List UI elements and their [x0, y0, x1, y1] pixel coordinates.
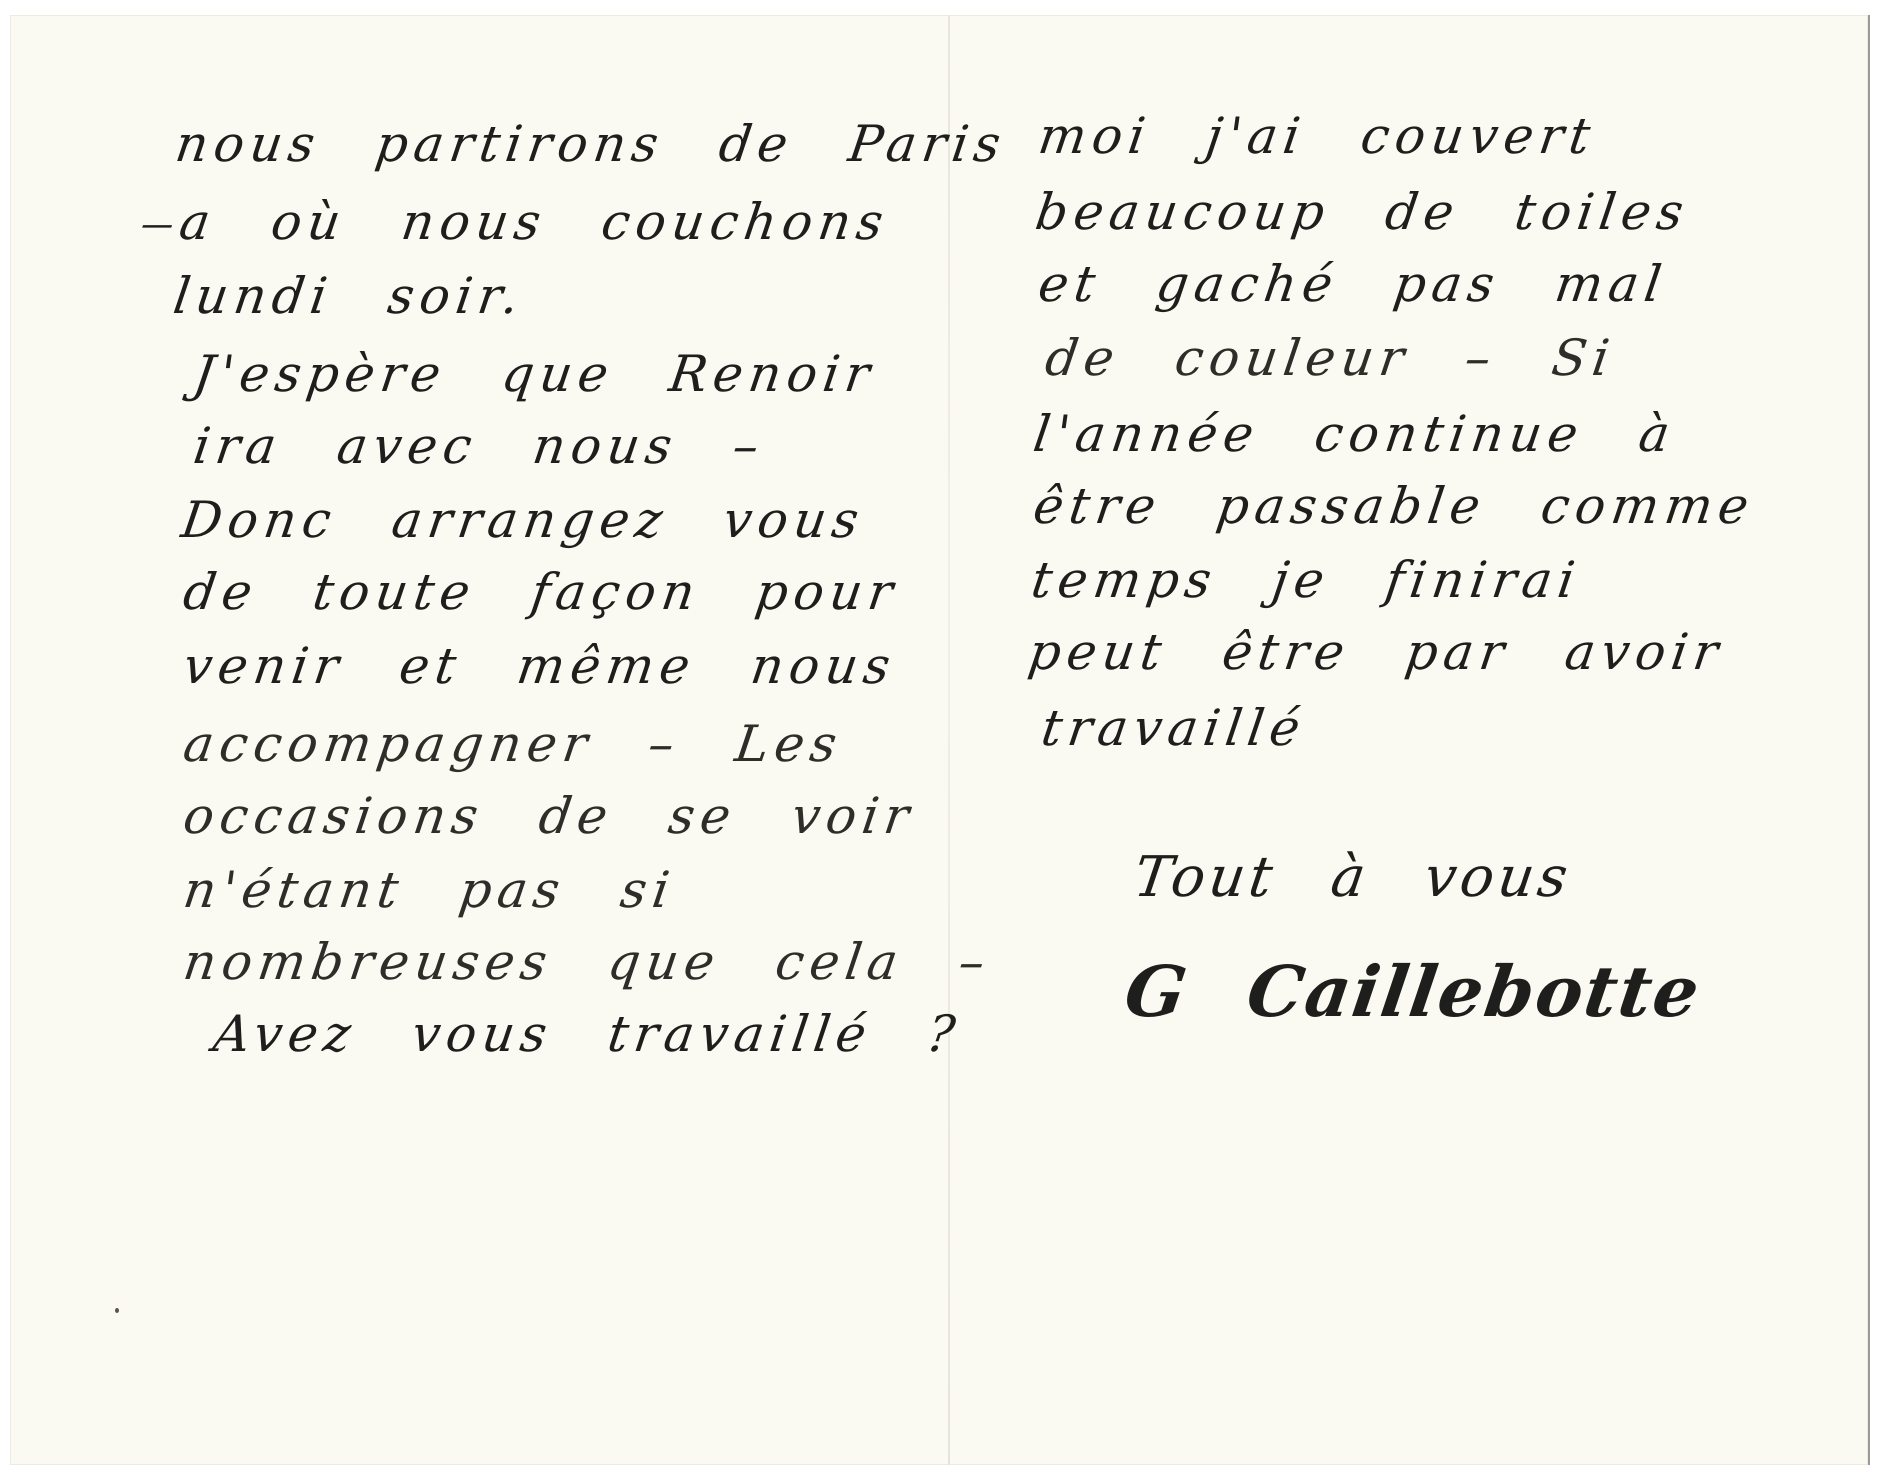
letter-line: occasions de se voir	[180, 787, 918, 845]
letter-line: peut être par avoir	[1025, 623, 1728, 681]
letter-line: accompagner – Les	[180, 715, 846, 773]
closing-salutation: Tout à vous	[1130, 845, 1576, 910]
left-page: nous partirons de Paris ̶a où nous couch…	[10, 15, 948, 1465]
right-page: moi j'ai couvert beaucoup de toiles et g…	[950, 15, 1868, 1465]
letter-line: venir et même nous	[180, 637, 900, 695]
letter-line: de couleur – Si	[1042, 329, 1619, 387]
letter-line: Avez vous travaillé ?	[210, 1005, 965, 1063]
letter-line: J'espère que Renoir	[190, 345, 879, 403]
letter-line: beaucoup de toiles	[1032, 183, 1693, 241]
letter-line: de toute façon pour	[180, 563, 902, 621]
letter-line: l'année continue à	[1030, 405, 1679, 463]
letter-line: être passable comme	[1030, 477, 1758, 535]
letter-line: et gaché pas mal	[1035, 255, 1671, 313]
letter-line: nous partirons de Paris	[172, 115, 1010, 173]
letter-line: n'étant pas si	[180, 861, 679, 919]
letter-line: travaillé	[1038, 699, 1310, 757]
letter-line: lundi soir.	[170, 267, 528, 325]
letter-line: nombreuses que cela –	[180, 933, 994, 991]
letter-line: moi j'ai couvert	[1035, 107, 1600, 165]
letter-line: ira avec nous –	[190, 417, 768, 475]
letter-line: Donc arrangez vous	[178, 491, 868, 549]
letter-paper: nous partirons de Paris ̶a où nous couch…	[10, 15, 1868, 1465]
letter-line: ̶a où nous couchons	[170, 193, 893, 251]
paper-speck	[115, 1308, 119, 1313]
letter-line: temps je finirai	[1028, 551, 1584, 609]
signature: G Caillebotte	[1120, 950, 1706, 1033]
